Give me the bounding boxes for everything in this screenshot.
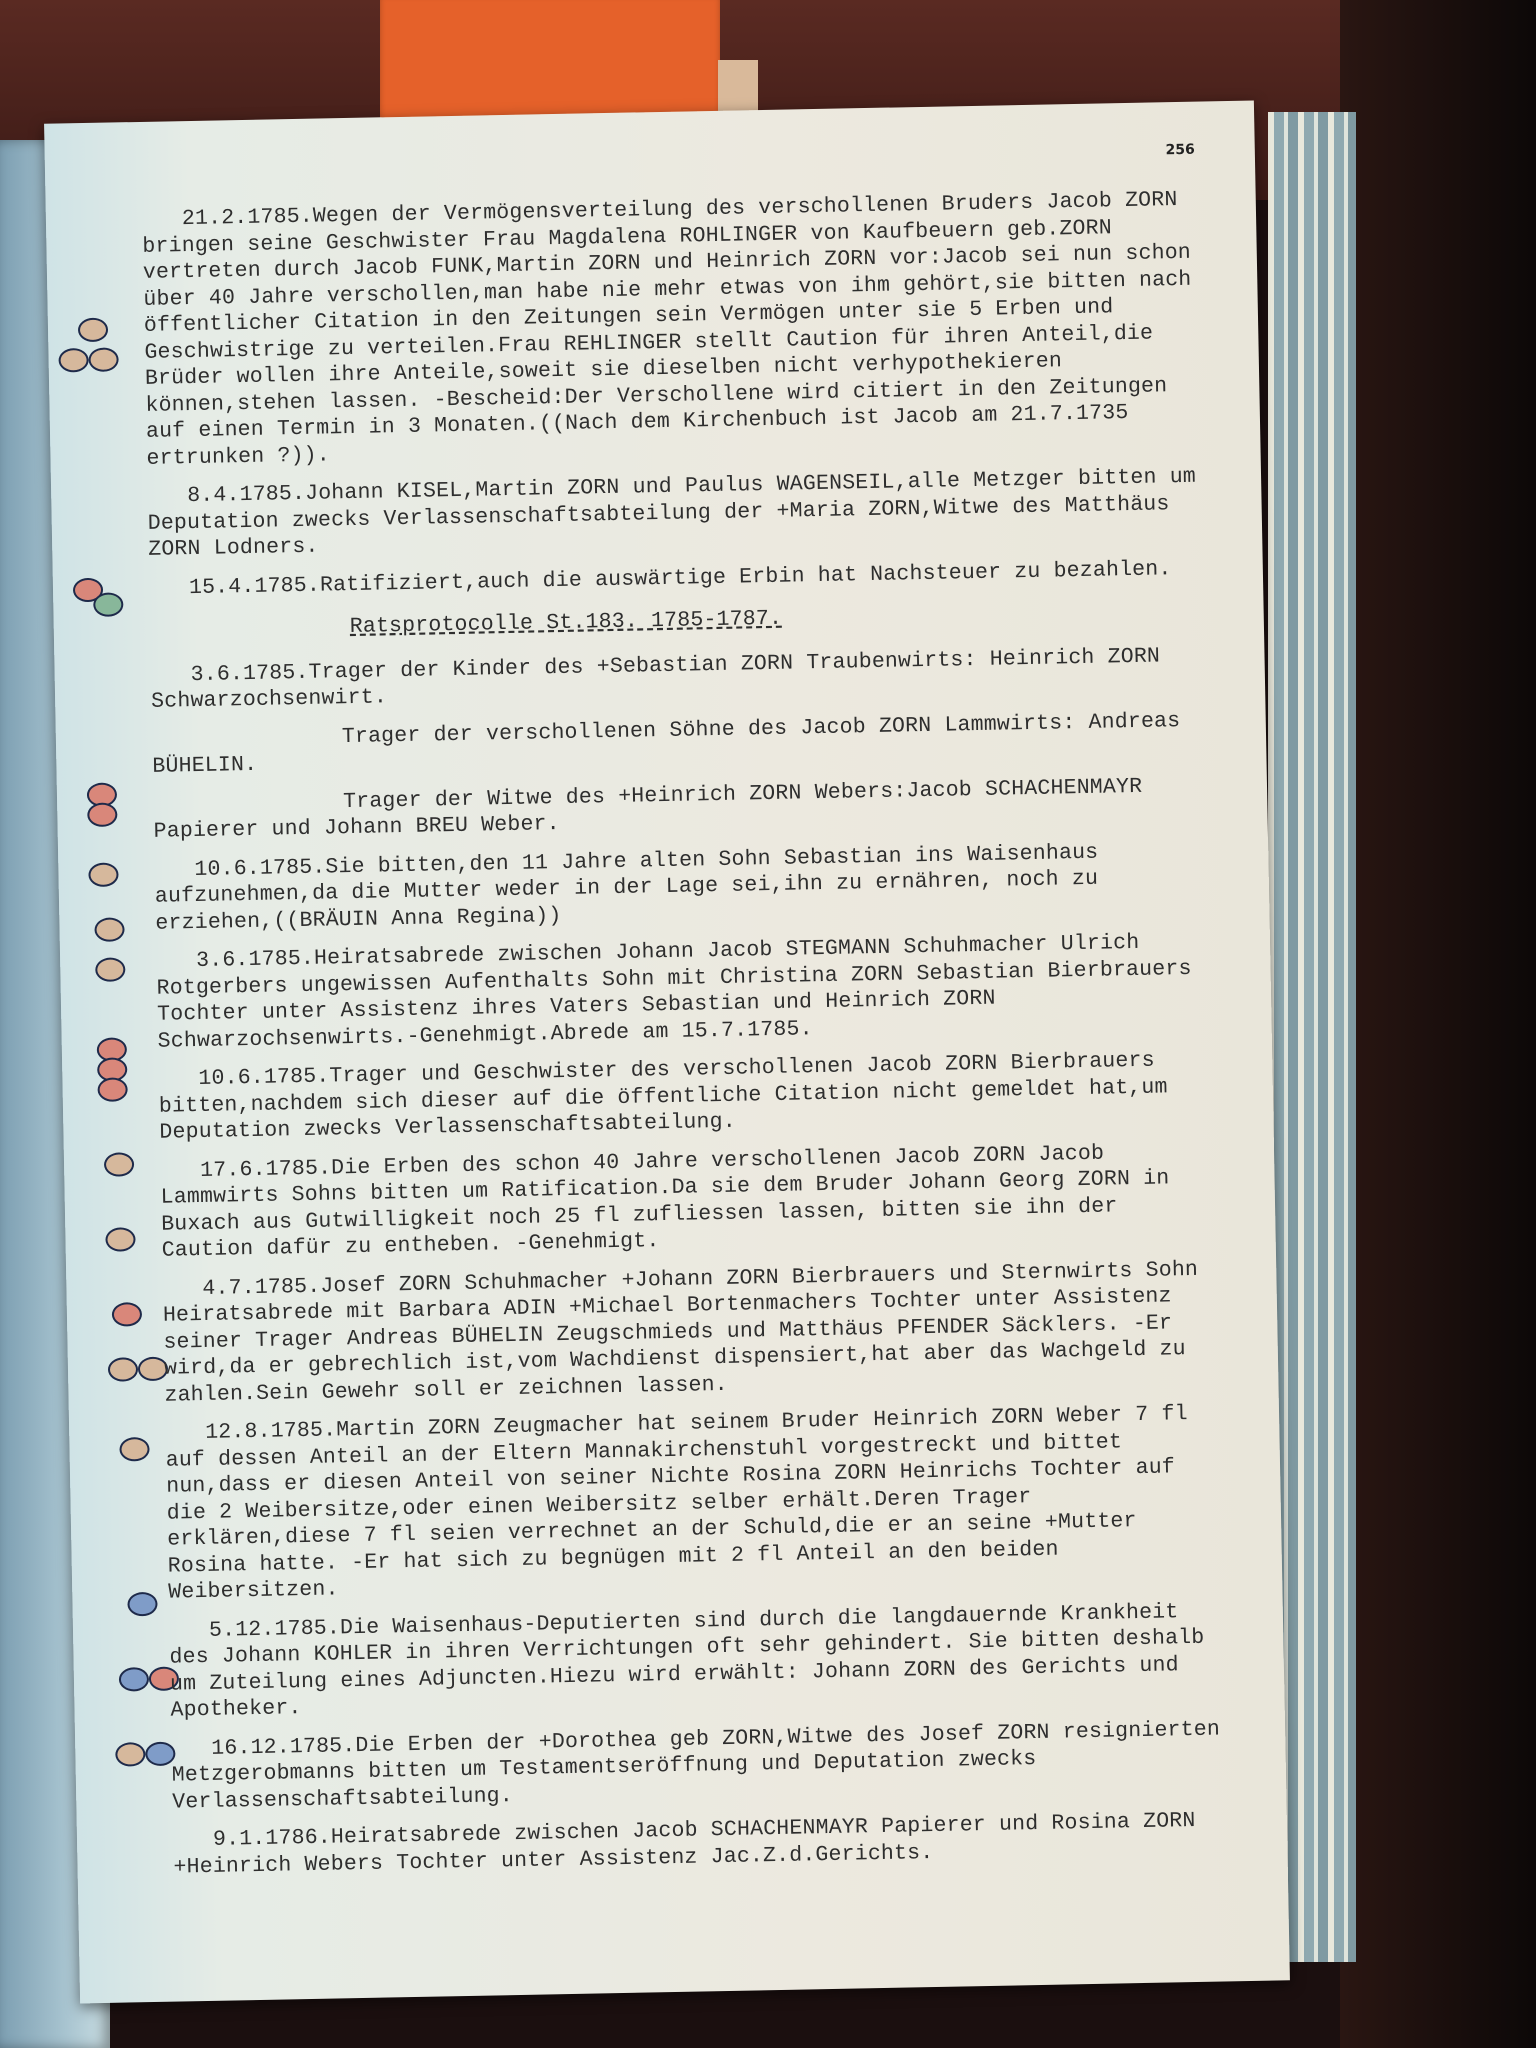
dark-background-right (1340, 0, 1536, 2048)
entry-text: Die Erben der +Dorothea geb ZORN,Witwe d… (172, 1717, 1221, 1814)
entry-date: 9.1.1786. (173, 1826, 331, 1853)
margin-annotation-mark (119, 1667, 149, 1692)
document-entry: 12.8.1785.Martin ZORN Zeugmacher hat sei… (165, 1400, 1228, 1606)
entry-date: 8.4.1785. (147, 482, 305, 509)
margin-annotation-mark (94, 917, 124, 942)
margin-annotation-mark (95, 957, 125, 982)
entry-date: 16.12.1785. (171, 1734, 356, 1762)
document-entry: 4.7.1785.Josef ZORN Schuhmacher +Johann … (162, 1256, 1224, 1409)
entry-text: Wegen der Vermögensverteilung des versch… (142, 188, 1191, 470)
margin-annotation-mark (105, 1227, 135, 1252)
entry-date: 3.6.1785. (156, 947, 314, 974)
margin-annotation-mark (115, 1742, 145, 1767)
document-page: 256 21.2.1785.Wegen der Vermögensverteil… (44, 101, 1290, 2004)
margin-annotation-mark (112, 1302, 142, 1327)
entries-after-heading: 3.6.1785.Trager der Kinder des +Sebastia… (150, 642, 1233, 1881)
document-entry: Trager der Witwe des +Heinrich ZORN Webe… (153, 772, 1214, 845)
document-entry: 15.4.1785.Ratifiziert,auch die auswärtig… (149, 555, 1209, 602)
entry-date: 21.2.1785. (142, 205, 313, 232)
margin-annotation-mark (127, 1592, 157, 1617)
entry-text: Trager und Geschwister des verschollenen… (159, 1049, 1168, 1145)
page-content: 21.2.1785.Wegen der Vermögensverteilung … (142, 187, 1234, 1893)
document-entry: 8.4.1785.Johann KISEL,Martin ZORN und Pa… (147, 464, 1208, 564)
entry-date (153, 790, 343, 818)
margin-annotation-mark (87, 803, 117, 828)
document-entry: 21.2.1785.Wegen der Vermögensverteilung … (142, 187, 1207, 472)
section-heading: Ratsprotocolle St.183. 1785-1787. (150, 598, 1210, 645)
margin-annotation-mark (58, 348, 88, 373)
entry-text: Johann KISEL,Martin ZORN und Paulus WAGE… (148, 465, 1197, 562)
margin-annotation-mark (88, 862, 118, 887)
margin-annotation-mark (108, 1357, 138, 1382)
document-entry: 10.6.1785.Trager und Geschwister des ver… (158, 1046, 1219, 1146)
margin-annotation-mark (97, 1077, 127, 1102)
document-entry: 10.6.1785.Sie bitten,den 11 Jahre alten … (154, 837, 1215, 937)
entry-date: 5.12.1785. (169, 1616, 340, 1643)
entry-date: 4.7.1785. (162, 1274, 320, 1301)
document-entry: 17.6.1785.Die Erben des schon 40 Jahre v… (160, 1138, 1222, 1264)
entry-date (152, 725, 342, 753)
margin-annotations (54, 122, 114, 123)
document-entry: 16.12.1785.Die Erben der +Dorothea geb Z… (171, 1716, 1232, 1816)
margin-annotation-mark (78, 318, 108, 343)
document-entry: Trager der verschollenen Söhne des Jacob… (152, 707, 1213, 780)
document-entry: 5.12.1785.Die Waisenhaus-Deputierten sin… (169, 1598, 1231, 1724)
entry-date: 17.6.1785. (160, 1156, 331, 1183)
entry-date: 15.4.1785. (149, 573, 320, 600)
document-entry: 3.6.1785.Trager der Kinder des +Sebastia… (150, 642, 1211, 715)
entry-date: 10.6.1785. (158, 1064, 329, 1091)
document-entry: 9.1.1786.Heiratsabrede zwischen Jacob SC… (173, 1807, 1234, 1880)
entry-date: 12.8.1785. (165, 1418, 336, 1445)
entry-text: Ratifiziert,auch die auswärtige Erbin ha… (320, 557, 1172, 597)
margin-annotation-mark (88, 347, 118, 372)
margin-annotation-mark (93, 592, 123, 617)
margin-annotation-mark (104, 1152, 134, 1177)
margin-annotation-mark (119, 1437, 149, 1462)
entry-text: Sie bitten,den 11 Jahre alten Sohn Sebas… (155, 840, 1099, 935)
document-entry: 3.6.1785.Heiratsabrede zwischen Johann J… (156, 928, 1218, 1054)
entry-date: 3.6.1785. (150, 660, 308, 687)
entries-before-heading: 21.2.1785.Wegen der Vermögensverteilung … (142, 187, 1209, 602)
entry-date: 10.6.1785. (154, 855, 325, 882)
page-number: 256 (1165, 142, 1195, 159)
